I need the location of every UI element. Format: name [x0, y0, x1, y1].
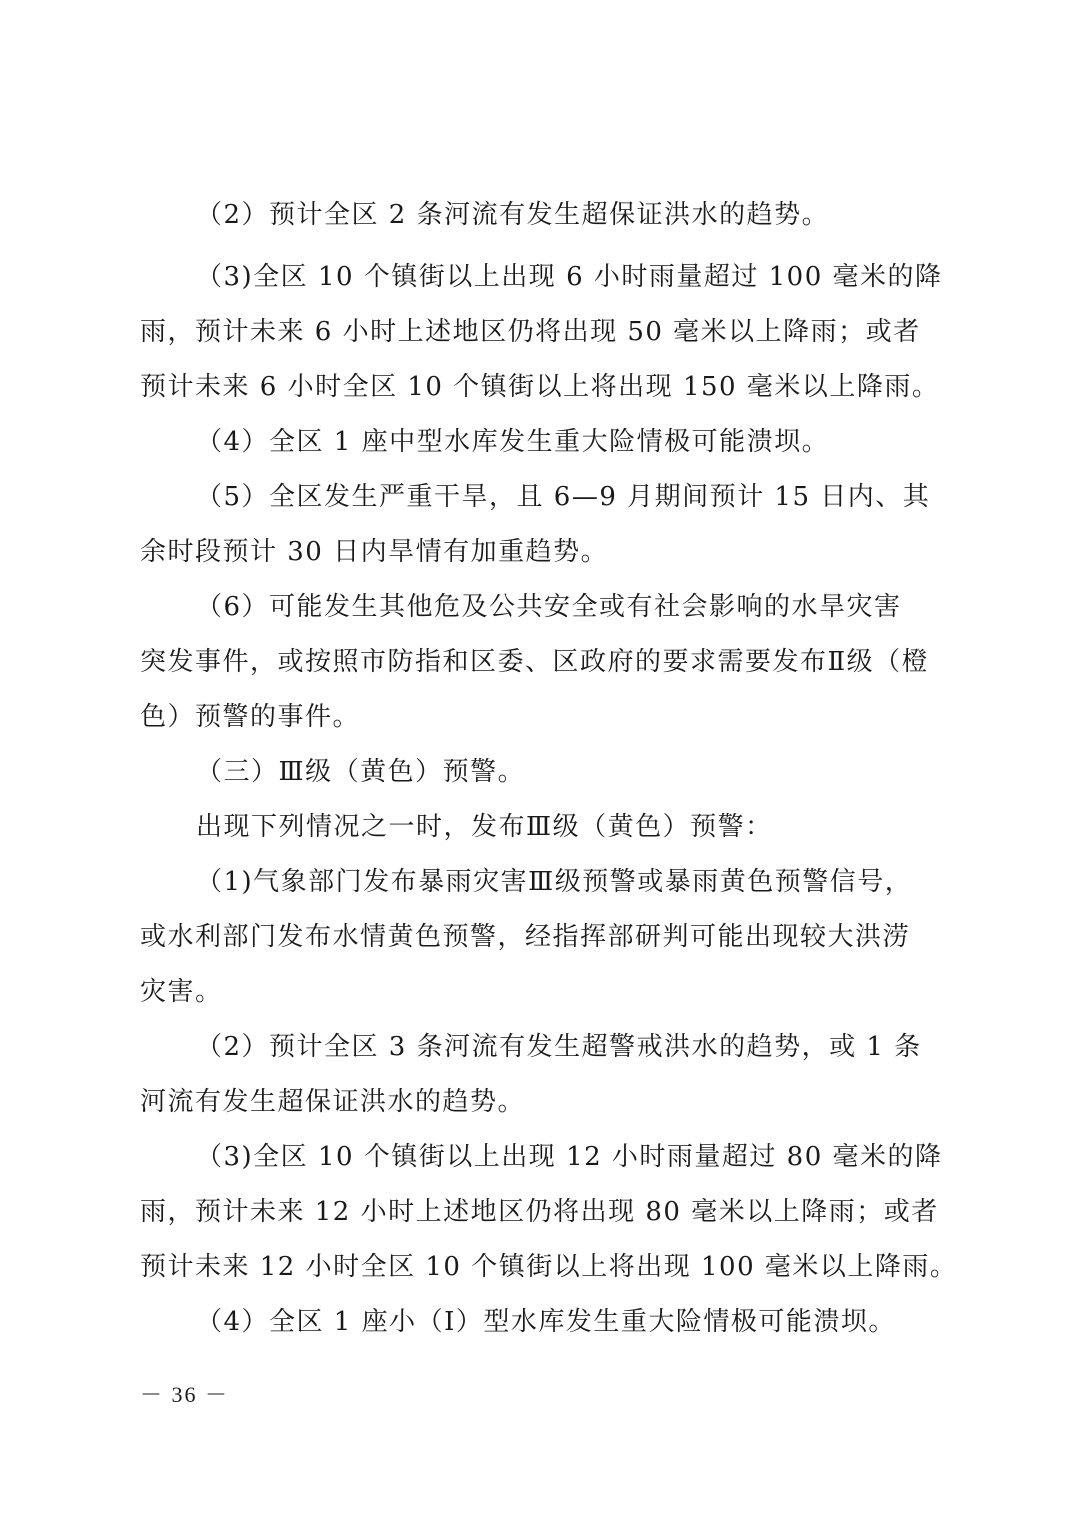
- paragraph-line: （4）全区 1 座中型水库发生重大险情极可能溃坝。: [196, 422, 829, 462]
- paragraph-line: 余时段预计 30 日内旱情有加重趋势。: [140, 532, 608, 572]
- paragraph-line: 河流有发生超保证洪水的趋势。: [140, 1082, 525, 1122]
- paragraph-line: 出现下列情况之一时，发布Ⅲ级（黄色）预警：: [196, 807, 773, 847]
- paragraph-line: 灾害。: [140, 972, 223, 1012]
- paragraph-line: （4）全区 1 座小（Ⅰ）型水库发生重大险情极可能溃坝。: [196, 1302, 896, 1342]
- paragraph-line: （2）预计全区 3 条河流有发生超警戒洪水的趋势，或 1 条: [196, 1027, 922, 1067]
- paragraph-line: （3)全区 10 个镇街以上出现 6 小时雨量超过 100 毫米的降: [196, 257, 943, 297]
- paragraph-line: （6）可能发生其他危及公共安全或有社会影响的水旱灾害: [196, 587, 902, 627]
- page-number: － 36 －: [140, 1378, 229, 1409]
- paragraph-line: 色）预警的事件。: [140, 697, 360, 737]
- paragraph-line: 突发事件，或按照市防指和区委、区政府的要求需要发布Ⅱ级（橙: [140, 642, 929, 682]
- paragraph-line: 预计未来 12 小时全区 10 个镇街以上将出现 100 毫米以上降雨。: [140, 1247, 957, 1287]
- paragraph-line: （5）全区发生严重干旱，且 6—9 月期间预计 15 日内、其: [196, 477, 930, 517]
- paragraph-line: 或水利部门发布水情黄色预警，经指挥部研判可能出现较大洪涝: [140, 917, 910, 957]
- paragraph-line: （1)气象部门发布暴雨灾害Ⅲ级预警或暴雨黄色预警信号，: [196, 862, 912, 902]
- paragraph-line: （3)全区 10 个镇街以上出现 12 小时雨量超过 80 毫米的降: [196, 1137, 943, 1177]
- section-heading: （三）Ⅲ级（黄色）预警。: [196, 752, 525, 792]
- paragraph-line: 雨，预计未来 6 小时上述地区仍将出现 50 毫米以上降雨；或者: [140, 312, 921, 352]
- paragraph-line: （2）预计全区 2 条河流有发生超保证洪水的趋势。: [196, 195, 829, 235]
- paragraph-line: 预计未来 6 小时全区 10 个镇街以上将出现 150 毫米以上降雨。: [140, 367, 939, 407]
- paragraph-line: 雨，预计未来 12 小时上述地区仍将出现 80 毫米以上降雨；或者: [140, 1192, 939, 1232]
